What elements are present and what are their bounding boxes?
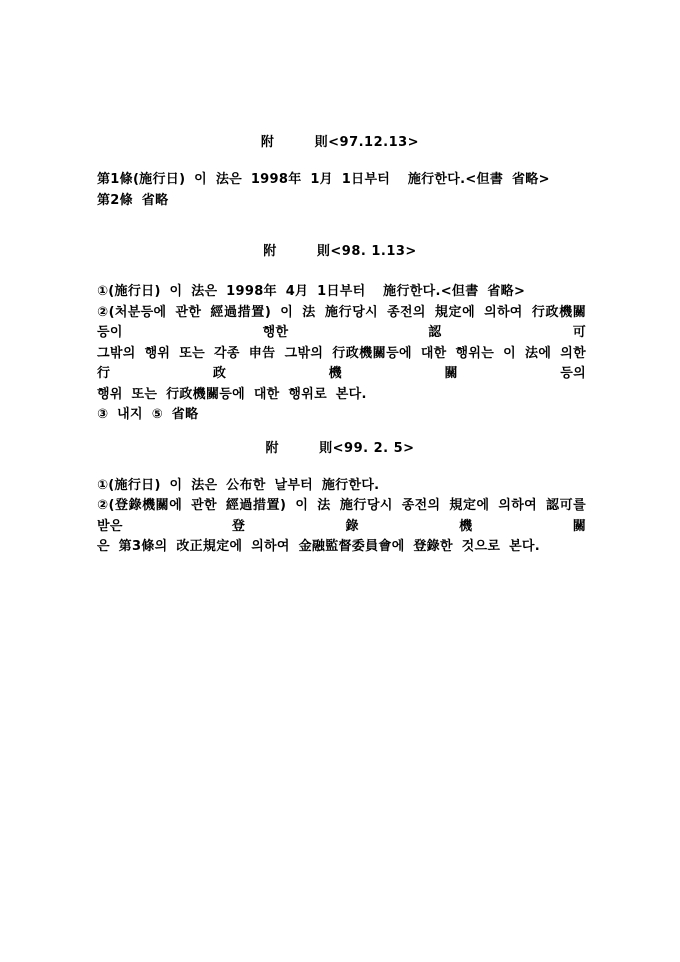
section-heading: 附 則<97.12.13> <box>0 133 680 153</box>
section-heading: 附 則<98. 1.13> <box>0 242 680 262</box>
text-line: ③ 내지 ⑤ 省略 <box>97 405 586 426</box>
text-line: ②(登錄機關에 관한 經過措置) 이 法 施行당시 종전의 規定에 의하여 認可… <box>97 496 586 537</box>
section-body: ①(施行日) 이 法은 公布한 날부터 施行한다. ②(登錄機關에 관한 經過措… <box>97 476 586 558</box>
section-body: ①(施行日) 이 法은 1998年 4月 1日부터 施行한다.<但書 省略> ②… <box>97 282 586 426</box>
addendum-section-98-1-13: 附 則<98. 1.13> ①(施行日) 이 法은 1998年 4月 1日부터 … <box>0 242 680 426</box>
addendum-section-97-12-13: 附 則<97.12.13> 第1條(施行日) 이 法은 1998年 1月 1日부… <box>0 133 680 211</box>
text-line: ①(施行日) 이 法은 公布한 날부터 施行한다. <box>97 476 586 497</box>
text-line: 행위 또는 行政機關등에 대한 행위로 본다. <box>97 385 586 406</box>
section-body: 第1條(施行日) 이 法은 1998年 1月 1日부터 施行한다.<但書 省略>… <box>97 170 586 211</box>
addendum-section-99-2-5: 附 則<99. 2. 5> ①(施行日) 이 法은 公布한 날부터 施行한다. … <box>0 439 680 558</box>
document-page: 附 則<97.12.13> 第1條(施行日) 이 法은 1998年 1月 1日부… <box>0 0 680 962</box>
text-line: 第1條(施行日) 이 法은 1998年 1月 1日부터 施行한다.<但書 省略> <box>97 170 586 191</box>
section-heading: 附 則<99. 2. 5> <box>0 439 680 459</box>
text-line: 그밖의 행위 또는 각종 申告 그밖의 行政機關등에 대한 행위는 이 法에 의… <box>97 344 586 385</box>
text-line: 第2條 省略 <box>97 191 586 212</box>
text-line: 은 第3條의 改正規定에 의하여 金融監督委員會에 登錄한 것으로 본다. <box>97 537 586 558</box>
text-line: ②(처분등에 관한 經過措置) 이 法 施行당시 종전의 規定에 의하여 行政機… <box>97 303 586 344</box>
text-line: ①(施行日) 이 法은 1998年 4月 1日부터 施行한다.<但書 省略> <box>97 282 586 303</box>
